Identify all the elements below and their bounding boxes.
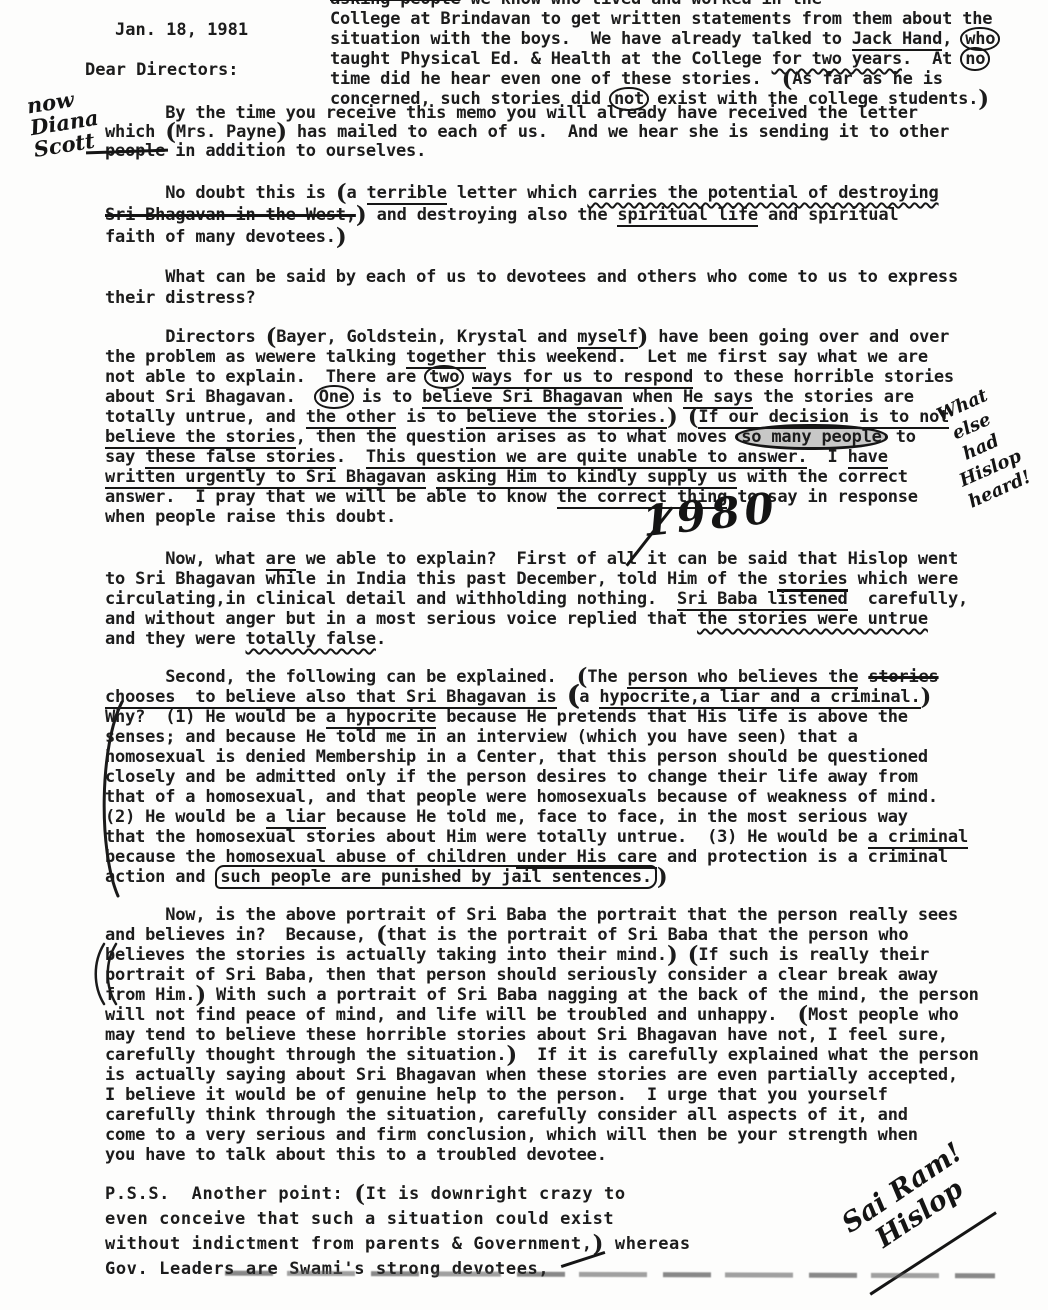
paragraph-intro-carryover: asking people we know who lived and work…: [330, 0, 1040, 109]
annotated-text-run: are: [266, 549, 296, 571]
text-run: [557, 687, 567, 707]
annotated-text-run: ): [336, 223, 347, 250]
annotated-text-run: asking people: [330, 0, 460, 9]
text-run: P.S.S. Another point:: [105, 1184, 354, 1204]
annotated-text-run: a liar: [266, 807, 326, 829]
annotated-text-run: have: [848, 447, 888, 469]
annotated-text-run: such people are punished by jail sentenc…: [215, 865, 657, 889]
text-run: is to: [396, 407, 466, 427]
annotated-text-run: carries the potential of destroying: [587, 183, 938, 203]
text-run: No doubt this is: [105, 183, 336, 203]
annotated-text-run: Sri Baba listened: [677, 589, 848, 611]
text-run: .: [336, 447, 366, 467]
annotated-text-run: believe the stories.: [466, 407, 667, 429]
text-run: time did he hear even one of these stori…: [330, 69, 782, 89]
text-run: .: [376, 629, 386, 649]
text-run: taught Physical Ed. & Health at the Coll…: [330, 49, 772, 69]
annotated-text-run: (: [336, 179, 347, 206]
annotated-text-run: Sri Bhagavan in the West,: [105, 205, 356, 225]
text-run: Second, the following can be explained.: [105, 667, 577, 687]
text-run: because the homosexual abuse of children: [105, 847, 516, 867]
text-run: Mrs. Payne: [176, 122, 276, 142]
text-run: , then the question arises as to what mo…: [296, 427, 738, 447]
paragraph-second-explained: Second, the following can be explained. …: [105, 667, 1045, 887]
annotated-text-run: ): [356, 201, 367, 228]
annotated-text-run: totally false: [246, 629, 376, 649]
text-run: [426, 467, 436, 487]
letter-date: Jan. 18, 1981: [115, 20, 248, 40]
paragraph-terrible-letter: No doubt this is (a terrible letter whic…: [105, 182, 1045, 248]
text-run: . At: [902, 49, 962, 69]
text-run: is to: [352, 387, 422, 407]
text-run: a: [579, 687, 599, 707]
handwritten-note-diana-scott: now Diana Scott: [25, 85, 103, 161]
annotated-text-run: Jack Hand: [852, 29, 942, 51]
text-run: and they were: [105, 629, 246, 649]
text-run: Now, what: [105, 549, 266, 569]
annotated-text-run: myself: [577, 327, 637, 349]
text-run: Directors: [105, 327, 266, 347]
annotated-text-run: hypocrite,a liar and a criminal.: [599, 687, 920, 709]
text-run: I: [807, 447, 847, 467]
paragraph-what-are-we-able: Now, what are we able to explain? First …: [105, 549, 1045, 649]
annotated-text-run: chooses to believe also that Sri Bhagava…: [105, 687, 557, 709]
paragraph-portrait: Now, is the above portrait of Sri Baba t…: [105, 905, 1045, 1165]
annotated-text-run: person who believes the: [627, 667, 858, 689]
annotated-text-run: ): [921, 683, 932, 710]
annotated-text-run: no: [960, 47, 990, 71]
annotated-text-run: ways for us to respond: [472, 367, 693, 389]
annotated-text-run: a hypocrite: [326, 707, 436, 729]
annotated-text-run: the stories were untrue: [697, 609, 928, 629]
paragraph-what-can-be-said: What can be said by each of us to devote…: [105, 267, 1045, 309]
text-run: The: [587, 667, 627, 687]
text-run: [678, 945, 688, 965]
margin-brace-mark: [96, 700, 124, 898]
annotated-text-run: One: [314, 385, 354, 409]
annotated-text-run: the other: [306, 407, 396, 429]
text-run: [678, 407, 688, 427]
text-run: letter which: [447, 183, 588, 203]
annotated-text-run: two: [424, 365, 464, 389]
salutation: Dear Directors:: [85, 60, 239, 80]
text-run: a: [346, 183, 366, 203]
annotated-text-run: these false stories: [145, 447, 336, 469]
annotated-text-run: a criminal: [868, 827, 968, 849]
paragraph-memo-letter: By the time you receive this memo you wi…: [105, 104, 1045, 161]
annotated-text-run: spiritual life: [617, 205, 758, 227]
annotated-text-run: written urgently to Sri Bhagavan: [105, 467, 426, 489]
text-run: [858, 667, 868, 687]
margin-double-paren-mark: [90, 942, 122, 1006]
text-run: and destroying also the: [367, 205, 618, 225]
annotated-text-run: asking Him to kindly supply us: [436, 467, 737, 489]
text-run: Why? (1) He would be: [105, 707, 326, 727]
text-run: What can be said by each of us to devote…: [105, 267, 958, 308]
paragraph-directors: Directors (Bayer, Goldstein, Krystal and…: [105, 327, 1045, 527]
annotated-text-run: terrible: [367, 183, 447, 205]
annotated-text-run: (: [354, 1180, 365, 1207]
annotated-text-run: believe Sri Bhagavan: [422, 387, 623, 409]
text-run: Bayer, Goldstein, Krystal and: [276, 327, 577, 347]
annotated-text-run: ): [657, 863, 668, 890]
text-run: [462, 367, 472, 387]
annotated-text-run: This question we are quite unable to ans…: [366, 447, 808, 469]
letter-page: Jan. 18, 1981 Dear Directors: asking peo…: [0, 0, 1048, 1310]
annotated-text-run: believe the stories: [105, 427, 296, 449]
